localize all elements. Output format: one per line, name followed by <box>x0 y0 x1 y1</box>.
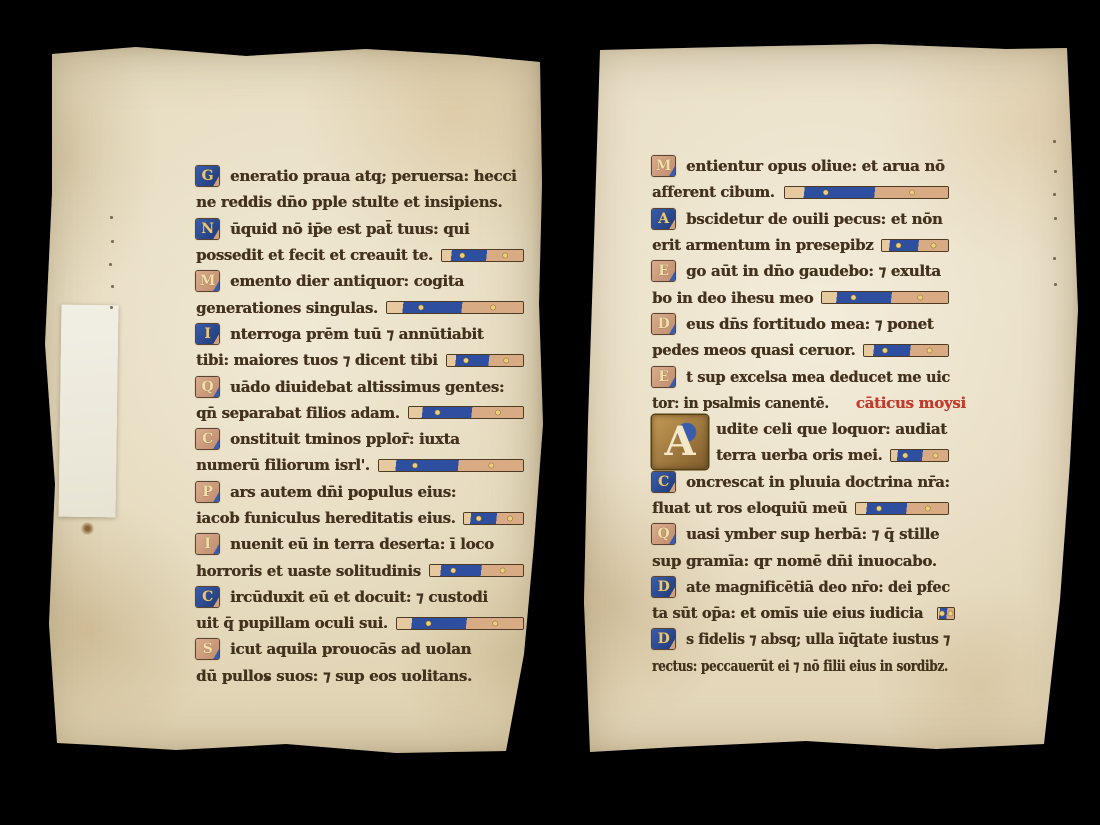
manuscript-text: terra uerba oris mei. <box>716 446 882 464</box>
illuminated-initial: E <box>652 367 675 387</box>
illuminated-initial: D <box>652 314 675 334</box>
pricking-hole <box>110 216 113 219</box>
illuminated-initial: D <box>652 577 675 597</box>
manuscript-line: iacob funiculus hereditatis eius. <box>196 505 523 531</box>
pricking-hole <box>110 306 113 309</box>
illuminated-initial: C <box>196 429 219 449</box>
manuscript-text: eus dn̄s fortitudo mea: ⁊ ponet <box>686 315 933 333</box>
illuminated-initial-large: A <box>652 415 708 469</box>
manuscript-text: horroris et uaste solitudinis <box>196 562 421 580</box>
manuscript-line: Mentientur opus oliue: et arua nō <box>652 153 948 179</box>
illuminated-initial: G <box>196 166 219 186</box>
illuminated-initial: S <box>196 639 219 659</box>
pricking-hole <box>111 240 114 243</box>
pricking-hole <box>1054 170 1057 173</box>
manuscript-line: Ego aūt in dn̄o gaudebo: ⁊ exulta <box>652 258 948 284</box>
manuscript-text: ūquid nō ip̄e est pat̄ tuus: qui <box>230 220 469 238</box>
manuscript-leaf-left: Generatio praua atq; peruersa: heccine r… <box>36 44 544 758</box>
illuminated-initial: E <box>652 261 675 281</box>
manuscript-line: erit armentum in presepibz <box>652 232 948 258</box>
manuscript-line: numerū filiorum isrl'. <box>196 452 523 478</box>
manuscript-text: fluat ut ros eloquiū meū <box>652 499 847 517</box>
text-block-right: Mentientur opus oliue: et arua nōafferen… <box>652 153 948 679</box>
manuscript-line: afferent cibum. <box>652 179 948 205</box>
illuminated-initial: I <box>196 324 219 344</box>
manuscript-text: ircūduxit eū et docuit: ⁊ custodi <box>230 588 488 606</box>
illuminated-initial: Q <box>652 524 675 544</box>
manuscript-line: Ds fidelis ⁊ absq; ulla īıq̄tate iustus … <box>652 626 948 652</box>
manuscript-text: bo in deo ihesu meo <box>652 289 813 307</box>
manuscript-line: Memento dier antiquor: cogita <box>196 268 523 294</box>
manuscript-line: ne reddis dn̄o pple stulte et insipiens. <box>196 189 523 215</box>
line-filler-ornament <box>891 450 948 461</box>
speck-mark <box>1054 670 1058 674</box>
manuscript-leaf-right: Mentientur opus oliue: et arua nōafferen… <box>576 42 1082 758</box>
manuscript-text: dū pullos suos: ⁊ sup eos uolitans. <box>196 667 472 685</box>
manuscript-line: Generatio praua atq; peruersa: hecci <box>196 163 523 189</box>
manuscript-text: uādo diuidebat altissimus gentes: <box>230 378 504 396</box>
manuscript-text: ne reddis dn̄o pple stulte et insipiens. <box>196 193 502 211</box>
manuscript-text: nterroga prēm tuū ⁊ annūtiabit <box>230 325 483 343</box>
manuscript-text: qn̄ separabat filios adam. <box>196 404 400 422</box>
illuminated-initial: I <box>196 534 219 554</box>
manuscript-text: s fidelis ⁊ absq; ulla īıq̄tate iustus ⁊ <box>686 630 950 648</box>
line-filler-ornament <box>856 503 948 514</box>
manuscript-line: Date magnificētiā deo nr̄o: dei pfec <box>652 574 948 600</box>
manuscript-line: Quādo diuidebat altissimus gentes: <box>196 373 523 399</box>
pricking-hole <box>111 285 114 288</box>
manuscript-text: uasi ymber sup herbā: ⁊ q̄ stille <box>686 525 939 543</box>
manuscript-text: uit q̄ pupillam oculi sui. <box>196 614 388 632</box>
illuminated-initial: M <box>196 271 219 291</box>
manuscript-text: ars autem dn̄i populus eius: <box>230 483 456 501</box>
illuminated-initial: C <box>652 472 675 492</box>
manuscript-line: uit q̄ pupillam oculi sui. <box>196 610 523 636</box>
manuscript-text: erit armentum in presepibz <box>652 236 873 254</box>
manuscript-line: Deus dn̄s fortitudo mea: ⁊ ponet <box>652 311 948 337</box>
pricking-hole <box>1054 283 1057 286</box>
manuscript-line: Quasi ymber sup herbā: ⁊ q̄ stille <box>652 521 948 547</box>
manuscript-line: Inuenit eū in terra deserta: ī loco <box>196 531 523 557</box>
manuscript-line: qn̄ separabat filios adam. <box>196 400 523 426</box>
manuscript-line: horroris et uaste solitudinis <box>196 557 523 583</box>
manuscript-text: tor: in psalmis canentē. <box>652 394 829 412</box>
manuscript-line: Nūquid nō ip̄e est pat̄ tuus: qui <box>196 216 523 242</box>
manuscript-text: bscidetur de ouili pecus: et nōn <box>686 210 942 228</box>
illuminated-initial: Q <box>196 377 219 397</box>
manuscript-text: possedit et fecit et creauit te. <box>196 246 433 264</box>
manuscript-text: nuenit eū in terra deserta: ī loco <box>230 535 494 553</box>
pricking-hole <box>1053 140 1056 143</box>
manuscript-text: ate magnificētiā deo nr̄o: dei pfec <box>686 578 950 596</box>
manuscript-line: Circūduxit eū et docuit: ⁊ custodi <box>196 584 523 610</box>
illuminated-initial: N <box>196 219 219 239</box>
manuscript-line: Concrescat in pluuia doctrina nr̄a: <box>652 469 948 495</box>
stain-mark <box>80 522 95 535</box>
manuscript-text: go aūt in dn̄o gaudebo: ⁊ exulta <box>686 262 941 280</box>
manuscript-text: entientur opus oliue: et arua nō <box>686 157 945 175</box>
manuscript-line: fluat ut ros eloquiū meū <box>652 495 948 521</box>
paper-label-strip <box>59 305 119 518</box>
line-filler-ornament <box>864 345 948 356</box>
manuscript-line: Constituit tminos pplor̄: iuxta <box>196 426 523 452</box>
line-filler-ornament <box>822 292 948 303</box>
manuscript-line: Abscidetur de ouili pecus: et nōn <box>652 206 948 232</box>
manuscript-line: generationes singulas. <box>196 294 523 320</box>
manuscript-text: udite celi que loquor: audiat <box>716 420 947 438</box>
line-filler-ornament <box>430 565 523 576</box>
manuscript-text: icut aquila prouocās ad uolan <box>230 640 471 658</box>
manuscript-line: ta sūt op̄a: et omīs uie eius iudicia <box>652 600 948 626</box>
manuscript-line: dū pullos suos: ⁊ sup eos uolitans. <box>196 663 523 689</box>
manuscript-line: tor: in psalmis canentē.cāticus moysi <box>652 390 948 416</box>
illuminated-initial: C <box>196 587 219 607</box>
manuscript-text: generationes singulas. <box>196 299 378 317</box>
pricking-hole <box>109 263 112 266</box>
rubric-text: cāticus moysi <box>856 394 966 412</box>
manuscript-line: tibi: maiores tuos ⁊ dicent tibi <box>196 347 523 373</box>
manuscript-line: sup gramīa: qr nomē dn̄i inuocabo. <box>652 547 948 573</box>
manuscript-text: oncrescat in pluuia doctrina nr̄a: <box>686 473 950 491</box>
pricking-hole <box>1053 193 1056 196</box>
manuscript-text: numerū filiorum isrl'. <box>196 456 370 474</box>
illuminated-initial: M <box>652 156 675 176</box>
manuscript-text: eneratio praua atq; peruersa: hecci <box>230 167 516 185</box>
line-filler-ornament <box>442 250 523 261</box>
manuscript-text: iacob funiculus hereditatis eius. <box>196 509 455 527</box>
manuscript-text: t sup excelsa mea deducet me uic <box>686 368 950 386</box>
manuscript-text: pedes meos quasi ceruor. <box>652 341 855 359</box>
manuscript-text: onstituit tminos pplor̄: iuxta <box>230 430 460 448</box>
line-filler-ornament <box>882 240 948 251</box>
manuscript-line: Sicut aquila prouocās ad uolan <box>196 636 523 662</box>
manuscript-text: emento dier antiquor: cogita <box>230 272 464 290</box>
pricking-hole <box>1054 217 1057 220</box>
manuscript-text: rectus: peccauerūt ei ⁊ nō filii eius in… <box>652 657 948 675</box>
manuscript-text: sup gramīa: qr nomē dn̄i inuocabo. <box>652 552 937 570</box>
manuscript-line: possedit et fecit et creauit te. <box>196 242 523 268</box>
manuscript-line: bo in deo ihesu meo <box>652 284 948 310</box>
manuscript-line: Et sup excelsa mea deducet me uic <box>652 363 948 389</box>
line-filler-ornament <box>447 355 523 366</box>
photograph-background: Generatio praua atq; peruersa: heccine r… <box>0 0 1100 825</box>
line-filler-ornament <box>397 618 523 629</box>
illuminated-initial: P <box>196 482 219 502</box>
illuminated-initial: A <box>652 209 675 229</box>
manuscript-text: ta sūt op̄a: et omīs uie eius iudicia <box>652 604 923 622</box>
line-filler-ornament <box>464 513 523 524</box>
manuscript-line: rectus: peccauerūt ei ⁊ nō filii eius in… <box>652 653 948 679</box>
illuminated-initial: D <box>652 629 675 649</box>
manuscript-line: Pars autem dn̄i populus eius: <box>196 479 523 505</box>
text-block-left: Generatio praua atq; peruersa: heccine r… <box>196 163 523 689</box>
line-filler-ornament <box>379 460 523 471</box>
pricking-hole <box>1053 257 1056 260</box>
manuscript-line: Interroga prēm tuū ⁊ annūtiabit <box>196 321 523 347</box>
line-filler-ornament <box>387 302 523 313</box>
manuscript-line: pedes meos quasi ceruor. <box>652 337 948 363</box>
line-filler-ornament <box>785 187 949 198</box>
line-filler-ornament <box>409 407 523 418</box>
manuscript-text: tibi: maiores tuos ⁊ dicent tibi <box>196 351 438 369</box>
manuscript-text: afferent cibum. <box>652 183 775 201</box>
line-filler-ornament <box>938 608 954 619</box>
